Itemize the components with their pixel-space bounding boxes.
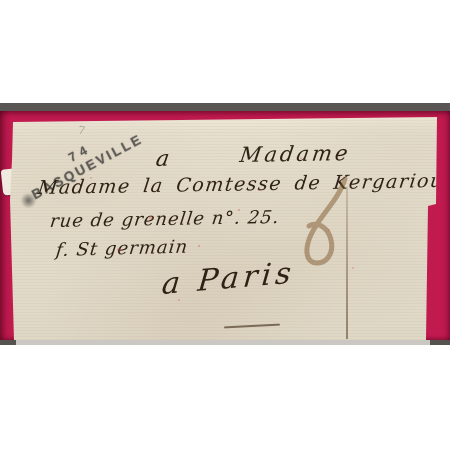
- address-salutation: Madame: [238, 141, 352, 167]
- scan-edge-bottom: [0, 340, 450, 345]
- pencil-note: 7: [77, 123, 87, 137]
- letter-cover: 7 74 BASQUEVILLE a Madame Madame la Comt…: [0, 117, 450, 340]
- scan-edge-top: [0, 103, 450, 111]
- postmark-ink-smudge: [20, 193, 37, 208]
- address-destination-line: a Paris: [160, 256, 296, 302]
- scan-image: 7 74 BASQUEVILLE a Madame Madame la Comt…: [0, 0, 450, 450]
- address-salutation-prefix: a: [154, 147, 171, 172]
- destination-underline-flourish: [224, 324, 280, 329]
- fold-crease: [346, 187, 348, 339]
- address-recipient-line: Madame la Comtesse de Kergariou: [37, 170, 446, 199]
- scan-edge-bottom-right-corner: [430, 340, 450, 345]
- address-district-line: f. St germain: [55, 237, 190, 261]
- address-street-line: rue de grenelle n°. 25.: [49, 207, 281, 232]
- scan-edge-bottom-left-corner: [0, 340, 16, 345]
